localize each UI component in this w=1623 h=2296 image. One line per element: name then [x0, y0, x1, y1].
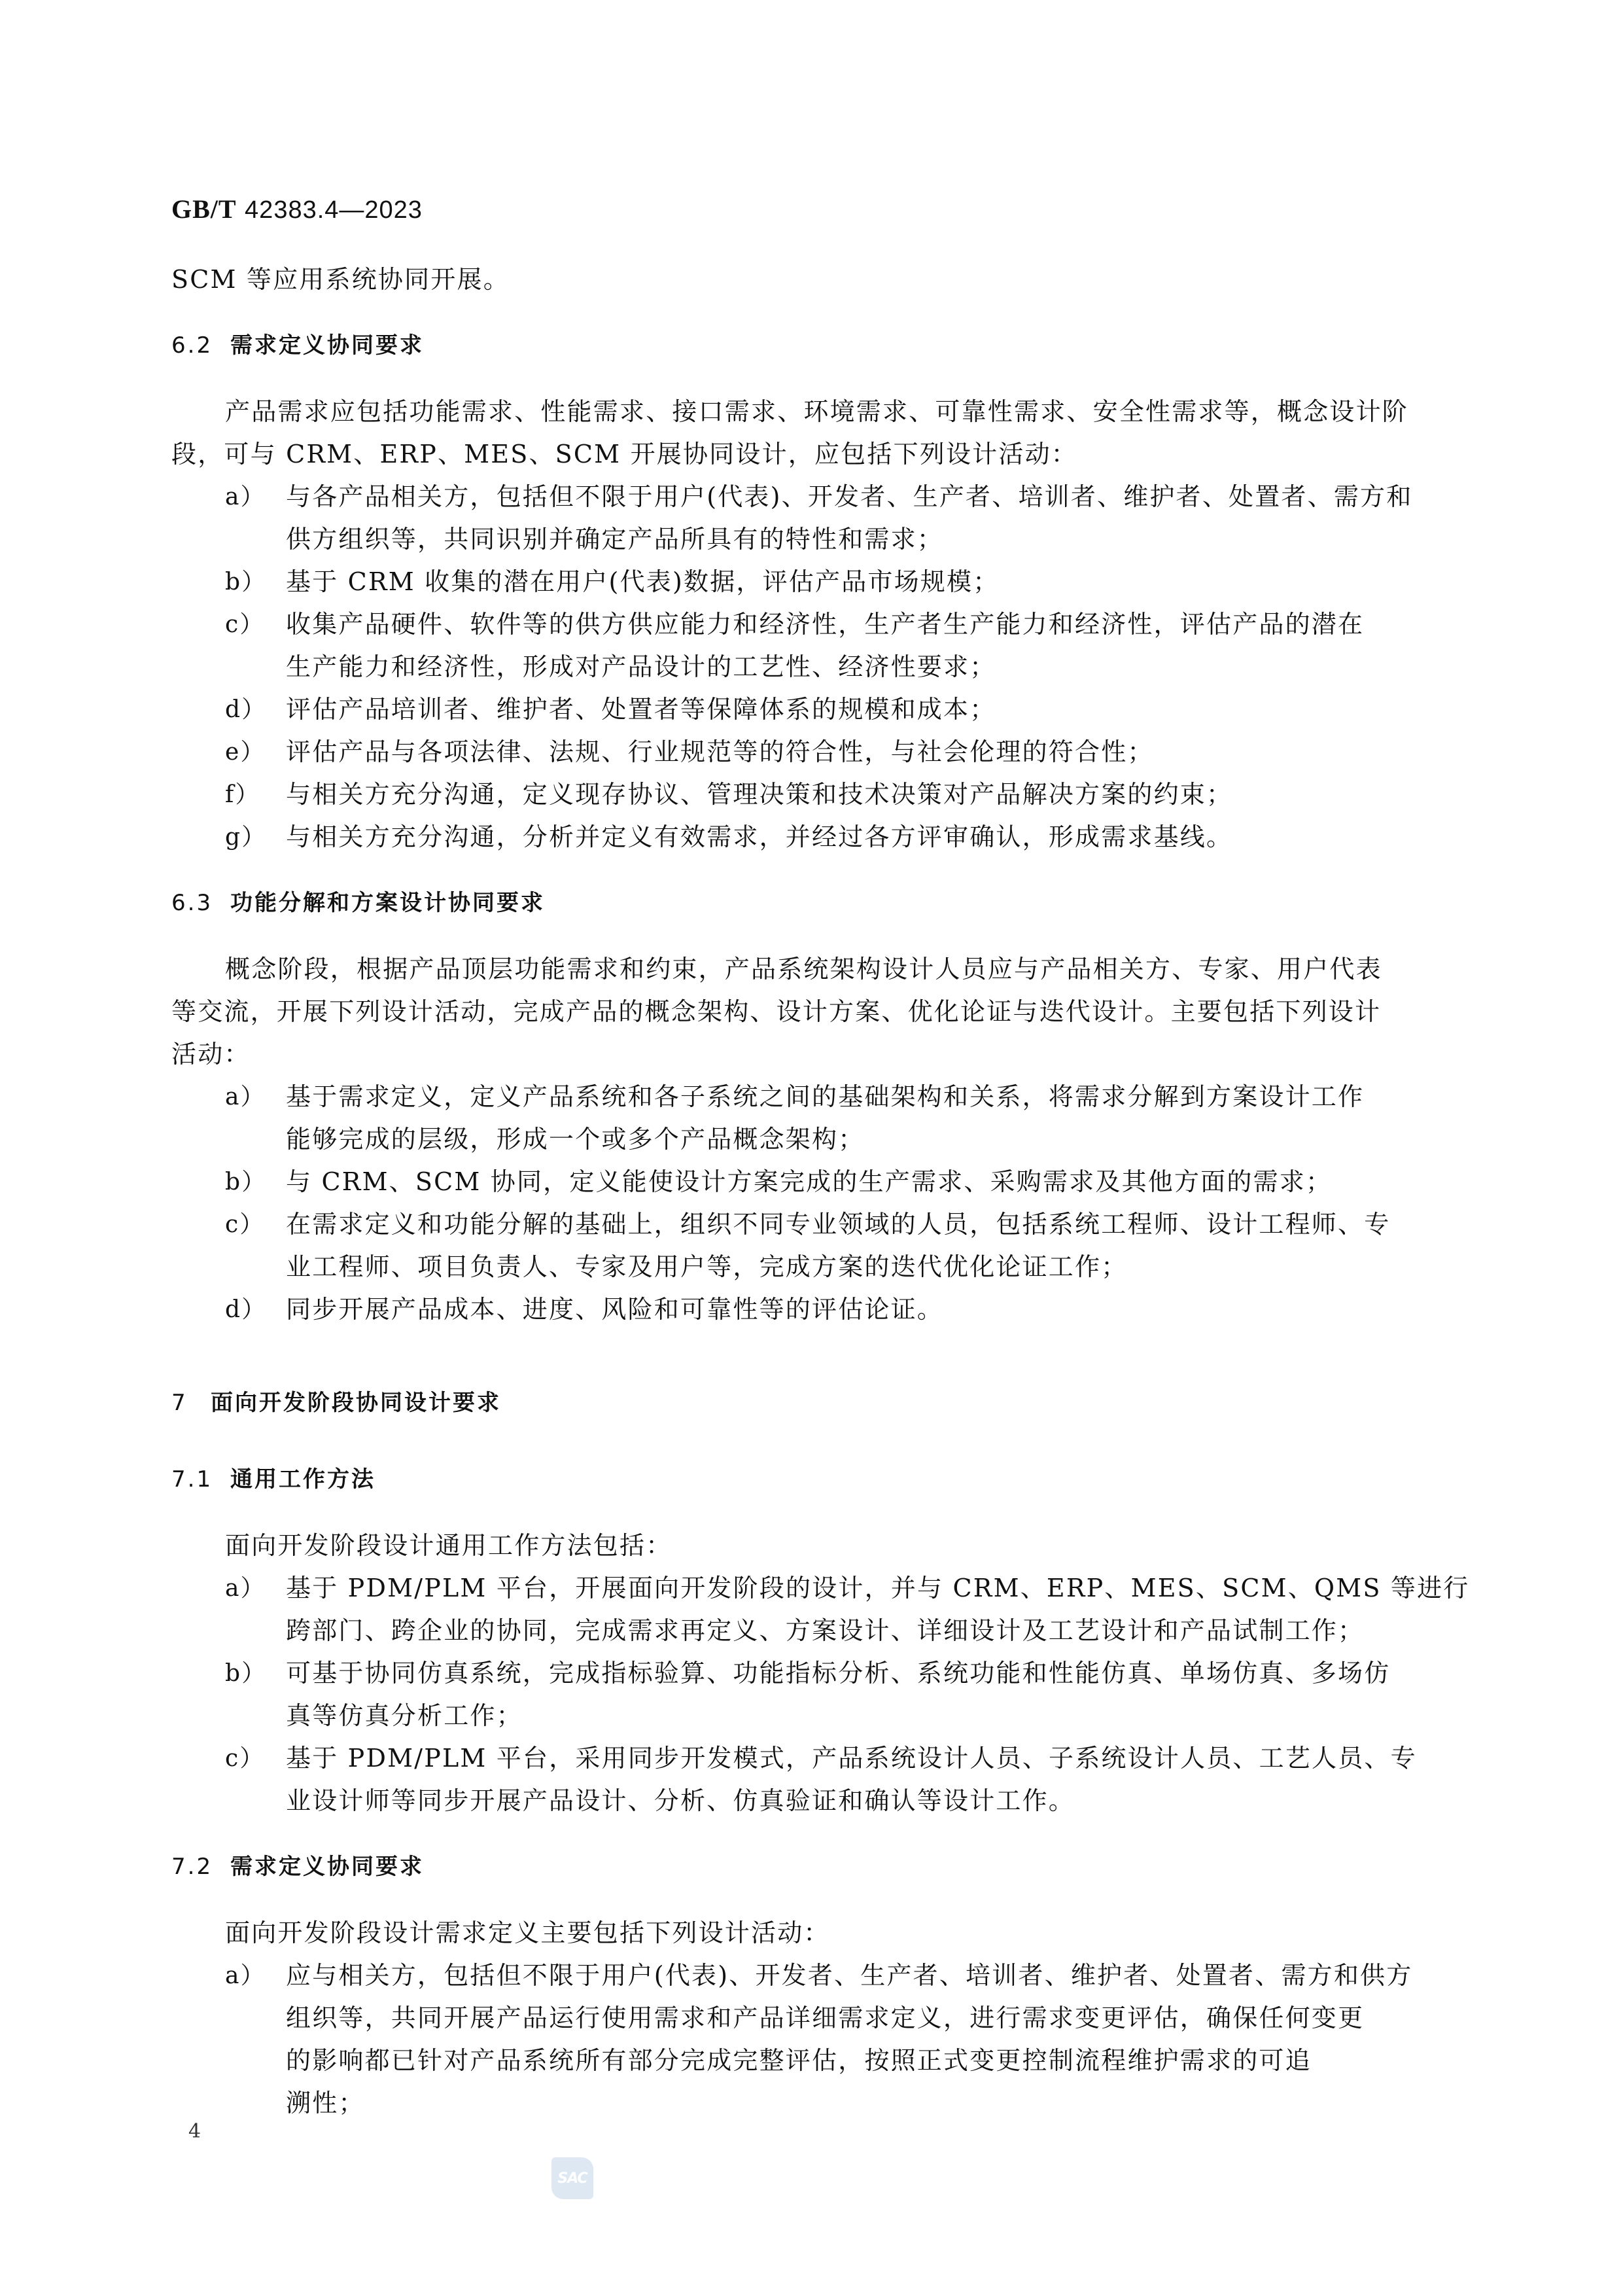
list-item-7-1-c: c）基于 PDM/PLM 平台，采用同步开发模式，产品系统设计人员、子系统设计人…	[171, 1737, 1427, 1780]
list-item-6-2-f: f）与相关方充分沟通，定义现存协议、管理决策和技术决策对产品解决方案的约束；	[171, 773, 1427, 816]
section-heading-7-1: 7.1通用工作方法	[171, 1458, 1427, 1501]
list-item-continuation: 溯性；	[171, 2082, 1427, 2125]
paragraph-line: 等交流，开展下列设计活动，完成产品的概念架构、设计方案、优化论证与迭代设计。主要…	[171, 991, 1427, 1033]
section-heading-6-2: 6.2需求定义协同要求	[171, 325, 1427, 367]
standard-number: 42383.4—2023	[245, 196, 423, 224]
paragraph-line: 面向开发阶段设计通用工作方法包括：	[171, 1525, 1427, 1567]
list-item-continuation: 的影响都已针对产品系统所有部分完成完整评估，按照正式变更控制流程维护需求的可追	[171, 2040, 1427, 2082]
list-item-6-2-g: g）与相关方充分沟通，分析并定义有效需求，并经过各方评审确认，形成需求基线。	[171, 816, 1427, 858]
list-item-6-3-c: c）在需求定义和功能分解的基础上，组织不同专业领域的人员，包括系统工程师、设计工…	[171, 1203, 1427, 1246]
list-item-6-2-d: d）评估产品培训者、维护者、处置者等保障体系的规模和成本；	[171, 688, 1427, 731]
list-item-6-2-a: a）与各产品相关方，包括但不限于用户(代表)、开发者、生产者、培训者、维护者、处…	[171, 476, 1427, 518]
list-item-continuation: 业设计师等同步开展产品设计、分析、仿真验证和确认等设计工作。	[171, 1780, 1427, 1822]
paragraph-line: 面向开发阶段设计需求定义主要包括下列设计活动：	[171, 1912, 1427, 1954]
list-item-continuation: 跨部门、跨企业的协同，完成需求再定义、方案设计、详细设计及工艺设计和产品试制工作…	[171, 1610, 1427, 1652]
list-item-7-1-b: b）可基于协同仿真系统，完成指标验算、功能指标分析、系统功能和性能仿真、单场仿真…	[171, 1652, 1427, 1695]
list-item-6-3-a: a）基于需求定义，定义产品系统和各子系统之间的基础架构和关系，将需求分解到方案设…	[171, 1076, 1427, 1118]
list-item-7-1-a: a）基于 PDM/PLM 平台，开展面向开发阶段的设计，并与 CRM、ERP、M…	[171, 1567, 1427, 1610]
standard-code-header: GB/T 42383.4—2023	[171, 194, 423, 224]
list-item-6-3-b: b）与 CRM、SCM 协同，定义能使设计方案完成的生产需求、采购需求及其他方面…	[171, 1161, 1427, 1203]
list-item-7-2-a: a）应与相关方，包括但不限于用户(代表)、开发者、生产者、培训者、维护者、处置者…	[171, 1954, 1427, 1997]
standard-prefix: GB/T	[171, 194, 237, 224]
paragraph-line: 段，可与 CRM、ERP、MES、SCM 开展协同设计，应包括下列设计活动：	[171, 433, 1427, 476]
list-item-6-2-c: c）收集产品硬件、软件等的供方供应能力和经济性，生产者生产能力和经济性，评估产品…	[171, 603, 1427, 646]
list-item-6-3-d: d）同步开展产品成本、进度、风险和可靠性等的评估论证。	[171, 1288, 1427, 1331]
paragraph-line: 产品需求应包括功能需求、性能需求、接口需求、环境需求、可靠性需求、安全性需求等，…	[171, 391, 1427, 433]
list-item-continuation: 供方组织等，共同识别并确定产品所具有的特性和需求；	[171, 518, 1427, 561]
paragraph-line: 活动：	[171, 1033, 1427, 1076]
document-body: SCM 等应用系统协同开展。 6.2需求定义协同要求 产品需求应包括功能需求、性…	[171, 258, 1427, 2125]
intro-continuation: SCM 等应用系统协同开展。	[171, 258, 1427, 301]
page-number: 4	[188, 2120, 201, 2143]
list-item-continuation: 真等仿真分析工作；	[171, 1695, 1427, 1737]
section-heading-6-3: 6.3功能分解和方案设计协同要求	[171, 882, 1427, 925]
list-item-continuation: 业工程师、项目负责人、专家及用户等，完成方案的迭代优化论证工作；	[171, 1246, 1427, 1288]
paragraph-line: 概念阶段，根据产品顶层功能需求和约束，产品系统架构设计人员应与产品相关方、专家、…	[171, 948, 1427, 991]
list-item-continuation: 能够完成的层级，形成一个或多个产品概念架构；	[171, 1118, 1427, 1161]
list-item-continuation: 组织等，共同开展产品运行使用需求和产品详细需求定义，进行需求变更评估，确保任何变…	[171, 1997, 1427, 2040]
sac-logo-icon: SAC	[551, 2157, 593, 2199]
section-heading-7: 7面向开发阶段协同设计要求	[171, 1382, 1427, 1424]
list-item-6-2-b: b）基于 CRM 收集的潜在用户(代表)数据，评估产品市场规模；	[171, 561, 1427, 603]
list-item-6-2-e: e）评估产品与各项法律、法规、行业规范等的符合性，与社会伦理的符合性；	[171, 731, 1427, 773]
section-heading-7-2: 7.2需求定义协同要求	[171, 1846, 1427, 1888]
list-item-continuation: 生产能力和经济性，形成对产品设计的工艺性、经济性要求；	[171, 646, 1427, 688]
